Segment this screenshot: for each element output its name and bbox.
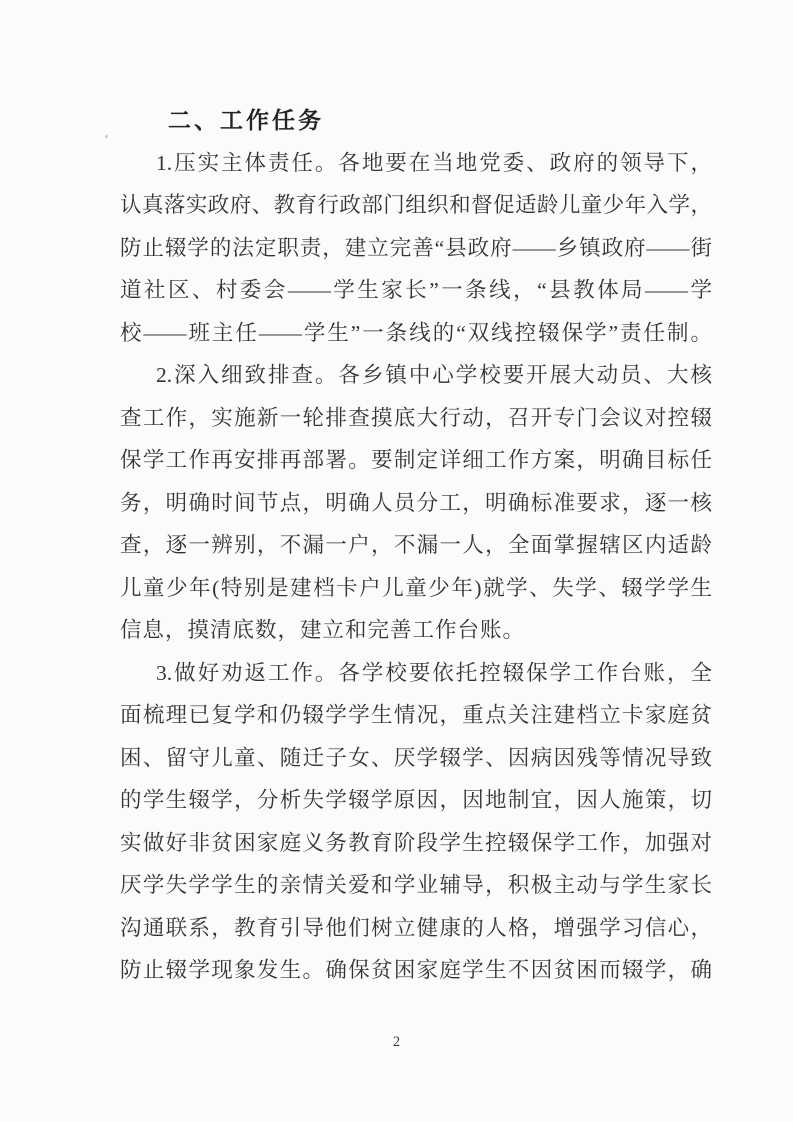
text-line: 2.深入细致排查。各乡镇中心学校要开展大动员、大核 bbox=[120, 354, 712, 397]
text-line: 查，逐一辨别，不漏一户，不漏一人，全面掌握辖区内适龄 bbox=[120, 524, 712, 567]
text-line: 厌学失学学生的亲情关爱和学业辅导，积极主动与学生家长 bbox=[120, 864, 712, 907]
text-line: 实做好非贫困家庭义务教育阶段学生控辍保学工作，加强对 bbox=[120, 822, 712, 865]
text-line: 的学生辍学，分析失学辍学原因，因地制宜，因人施策，切 bbox=[120, 779, 712, 822]
page-number: 2 bbox=[0, 1034, 793, 1051]
text-line: 道社区、村委会——学生家长”一条线，“县教体局——学 bbox=[120, 269, 712, 312]
text-line: 1.压实主体责任。各地要在当地党委、政府的领导下， bbox=[120, 142, 712, 185]
text-line: 查工作，实施新一轮排查摸底大行动，召开专门会议对控辍 bbox=[120, 397, 712, 440]
text-line: 信息，摸清底数，建立和完善工作台账。 bbox=[120, 609, 712, 652]
text-line: 务，明确时间节点，明确人员分工，明确标准要求，逐一核 bbox=[120, 482, 712, 525]
text-line: 困、留守儿童、随迁子女、厌学辍学、因病因残等情况导致 bbox=[120, 737, 712, 780]
text-line: 认真落实政府、教育行政部门组织和督促适龄儿童少年入学， bbox=[120, 184, 712, 227]
text-line: 防止辍学现象发生。确保贫困家庭学生不因贫困而辍学，确 bbox=[120, 949, 712, 992]
scan-speckle bbox=[105, 135, 108, 138]
text-line: 校——班主任——学生”一条线的“双线控辍保学”责任制。 bbox=[120, 312, 712, 355]
text-line: 3.做好劝返工作。各学校要依托控辍保学工作台账，全 bbox=[120, 652, 712, 695]
text-line: 沟通联系，教育引导他们树立健康的人格，增强学习信心， bbox=[120, 907, 712, 950]
text-line: 面梳理已复学和仍辍学学生情况，重点关注建档立卡家庭贫 bbox=[120, 694, 712, 737]
document-body: 二、工作任务 1.压实主体责任。各地要在当地党委、政府的领导下， 认真落实政府、… bbox=[120, 99, 712, 992]
section-heading: 二、工作任务 bbox=[120, 99, 712, 142]
text-line: 儿童少年(特别是建档卡户儿童少年)就学、失学、辍学学生 bbox=[120, 567, 712, 610]
text-line: 防止辍学的法定职责，建立完善“县政府——乡镇政府——街 bbox=[120, 227, 712, 270]
document-page: 二、工作任务 1.压实主体责任。各地要在当地党委、政府的领导下， 认真落实政府、… bbox=[0, 0, 793, 1122]
text-line: 保学工作再安排再部署。要制定详细工作方案，明确目标任 bbox=[120, 439, 712, 482]
